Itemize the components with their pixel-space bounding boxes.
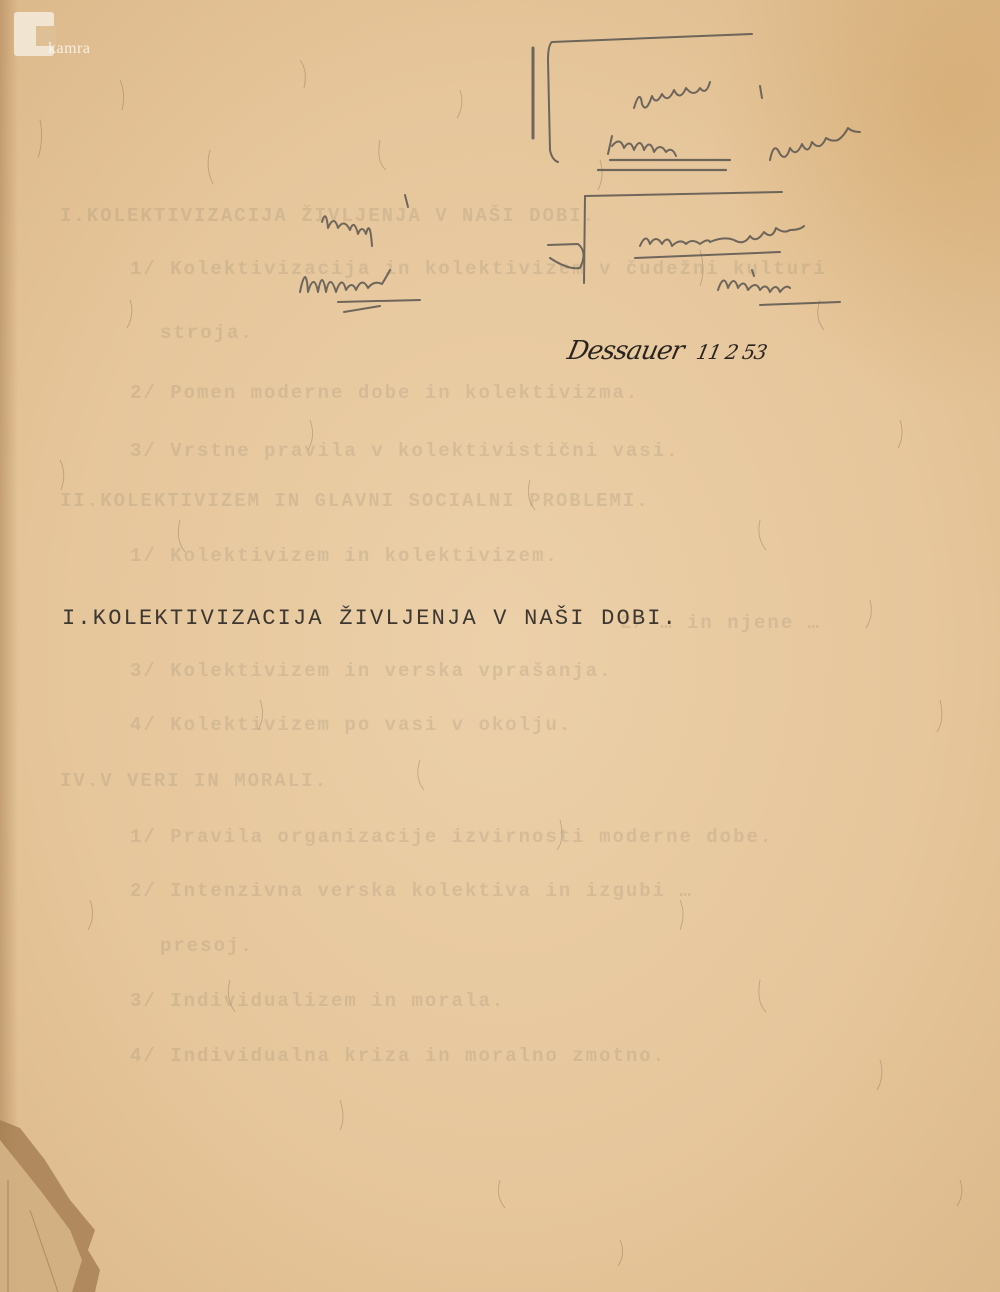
signature-name: Dessauer <box>565 336 686 366</box>
annotation-text: velike področje <box>610 140 718 156</box>
torn-corner <box>0 1120 120 1292</box>
pencil-annotations <box>0 0 1000 1292</box>
document-heading: I.KOLEKTIVIZACIJA ŽIVLJENJA V NAŠI DOBI. <box>62 606 678 631</box>
annotation-text: kolektivizem <box>300 270 390 286</box>
annotation-text: … <box>640 228 654 244</box>
signature-date: 11 2 53 <box>694 340 768 364</box>
annotation-text: pojdejo <box>718 272 770 288</box>
annotation-text: Veliko… <box>630 90 687 106</box>
annotation-text: Religija <box>322 205 376 221</box>
ink-signature: Dessauer11 2 53 <box>565 336 770 366</box>
